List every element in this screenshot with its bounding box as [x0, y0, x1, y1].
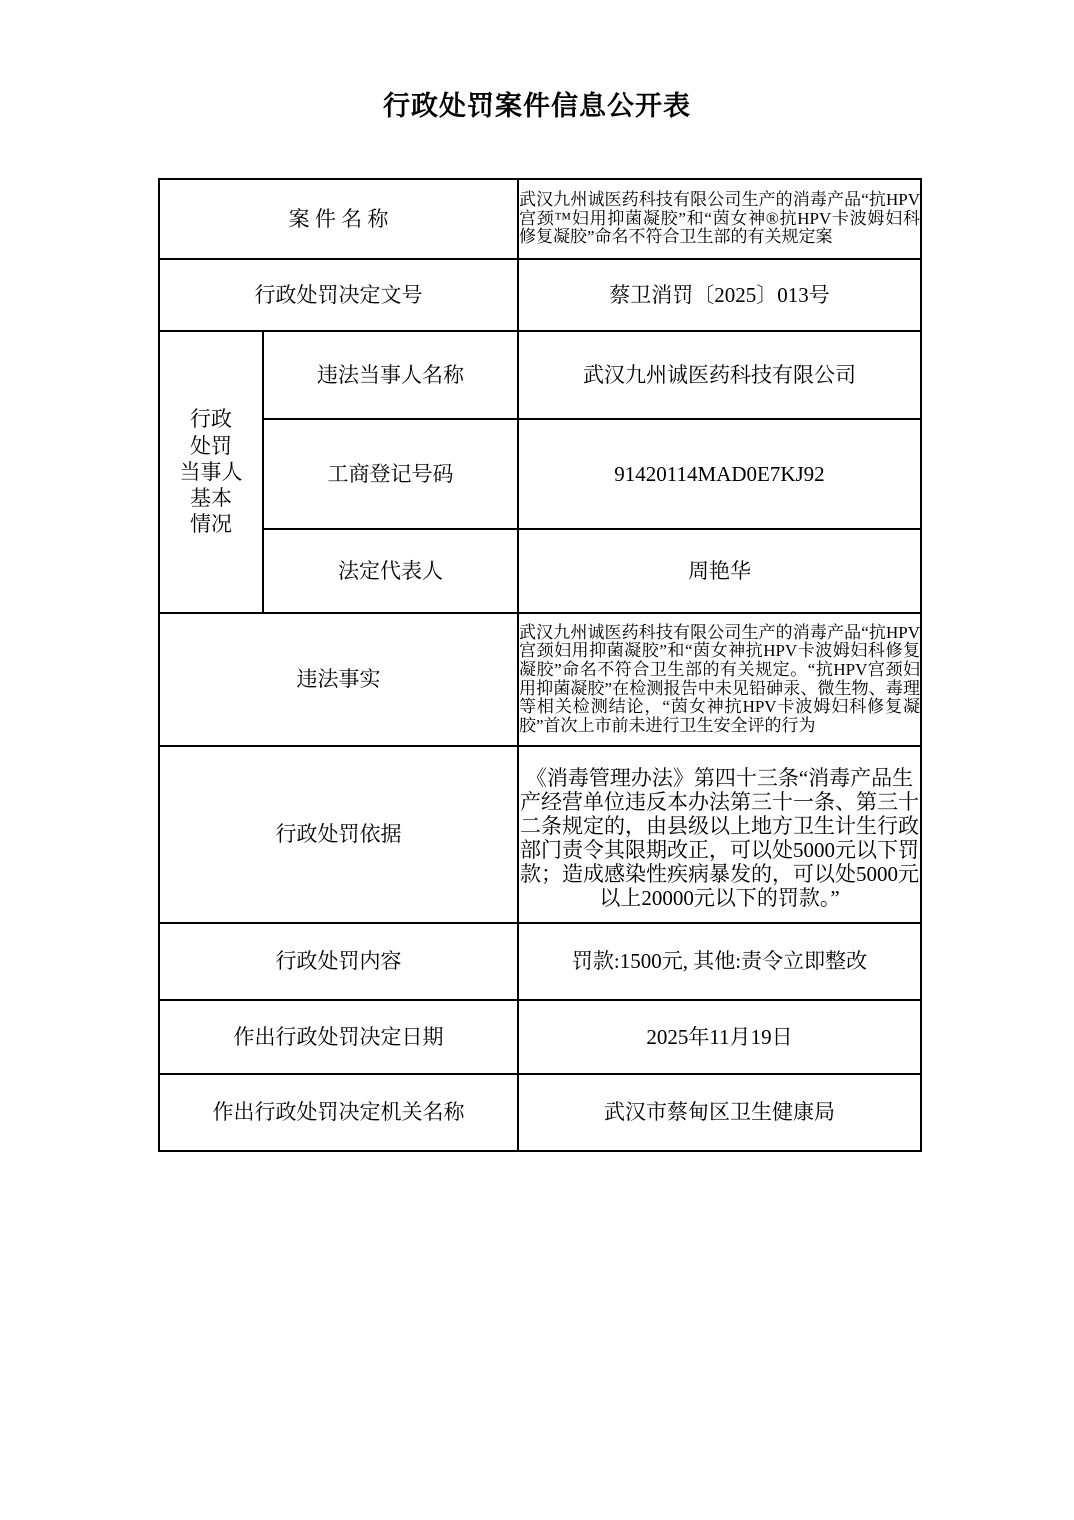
illegal-facts-label: 违法事实 — [159, 613, 518, 746]
business-reg-no-value: 91420114MAD0E7KJ92 — [518, 419, 921, 529]
decision-date-label: 作出行政处罚决定日期 — [159, 1000, 518, 1074]
party-name-value: 武汉九州诚医药科技有限公司 — [518, 331, 921, 419]
decision-doc-no-label: 行政处罚决定文号 — [159, 259, 518, 331]
penalty-basis-value: 《消毒管理办法》第四十三条“消毒产品生产经营单位违反本办法第三十一条、第三十二条… — [518, 746, 921, 923]
table-row: 法定代表人 周艳华 — [159, 529, 921, 613]
table-row: 作出行政处罚决定日期 2025年11月19日 — [159, 1000, 921, 1074]
decision-doc-no-value: 蔡卫消罚〔2025〕013号 — [518, 259, 921, 331]
penalty-info-table: 案 件 名 称 武汉九州诚医药科技有限公司生产的消毒产品“抗HPV宫颈™妇用抑菌… — [158, 178, 922, 1152]
table-row: 案 件 名 称 武汉九州诚医药科技有限公司生产的消毒产品“抗HPV宫颈™妇用抑菌… — [159, 179, 921, 259]
table-row: 行政处罚依据 《消毒管理办法》第四十三条“消毒产品生产经营单位违反本办法第三十一… — [159, 746, 921, 923]
legal-representative-value: 周艳华 — [518, 529, 921, 613]
case-name-value: 武汉九州诚医药科技有限公司生产的消毒产品“抗HPV宫颈™妇用抑菌凝胶”和“茵女神… — [518, 179, 921, 259]
business-reg-no-label: 工商登记号码 — [263, 419, 518, 529]
penalty-content-value: 罚款:1500元, 其他:责令立即整改 — [518, 923, 921, 1000]
table-row: 行政处罚内容 罚款:1500元, 其他:责令立即整改 — [159, 923, 921, 1000]
illegal-facts-value: 武汉九州诚医药科技有限公司生产的消毒产品“抗HPV宫颈妇用抑菌凝胶”和“茵女神抗… — [518, 613, 921, 746]
table-row: 作出行政处罚决定机关名称 武汉市蔡甸区卫生健康局 — [159, 1074, 921, 1151]
decision-authority-value: 武汉市蔡甸区卫生健康局 — [518, 1074, 921, 1151]
penalty-basis-label: 行政处罚依据 — [159, 746, 518, 923]
decision-authority-label: 作出行政处罚决定机关名称 — [159, 1074, 518, 1151]
party-name-label: 违法当事人名称 — [263, 331, 518, 419]
page-title: 行政处罚案件信息公开表 — [0, 84, 1074, 123]
table-row: 工商登记号码 91420114MAD0E7KJ92 — [159, 419, 921, 529]
table-row: 行政处罚决定文号 蔡卫消罚〔2025〕013号 — [159, 259, 921, 331]
document-page: 行政处罚案件信息公开表 案 件 名 称 武汉九州诚医药科技有限公司生产的消毒产品… — [0, 0, 1074, 1520]
legal-representative-label: 法定代表人 — [263, 529, 518, 613]
table-row: 违法事实 武汉九州诚医药科技有限公司生产的消毒产品“抗HPV宫颈妇用抑菌凝胶”和… — [159, 613, 921, 746]
case-name-label: 案 件 名 称 — [159, 179, 518, 259]
decision-date-value: 2025年11月19日 — [518, 1000, 921, 1074]
table-row: 行政 处罚 当事人 基本 情况 违法当事人名称 武汉九州诚医药科技有限公司 — [159, 331, 921, 419]
party-basic-info-group-label: 行政 处罚 当事人 基本 情况 — [159, 331, 263, 613]
penalty-content-label: 行政处罚内容 — [159, 923, 518, 1000]
